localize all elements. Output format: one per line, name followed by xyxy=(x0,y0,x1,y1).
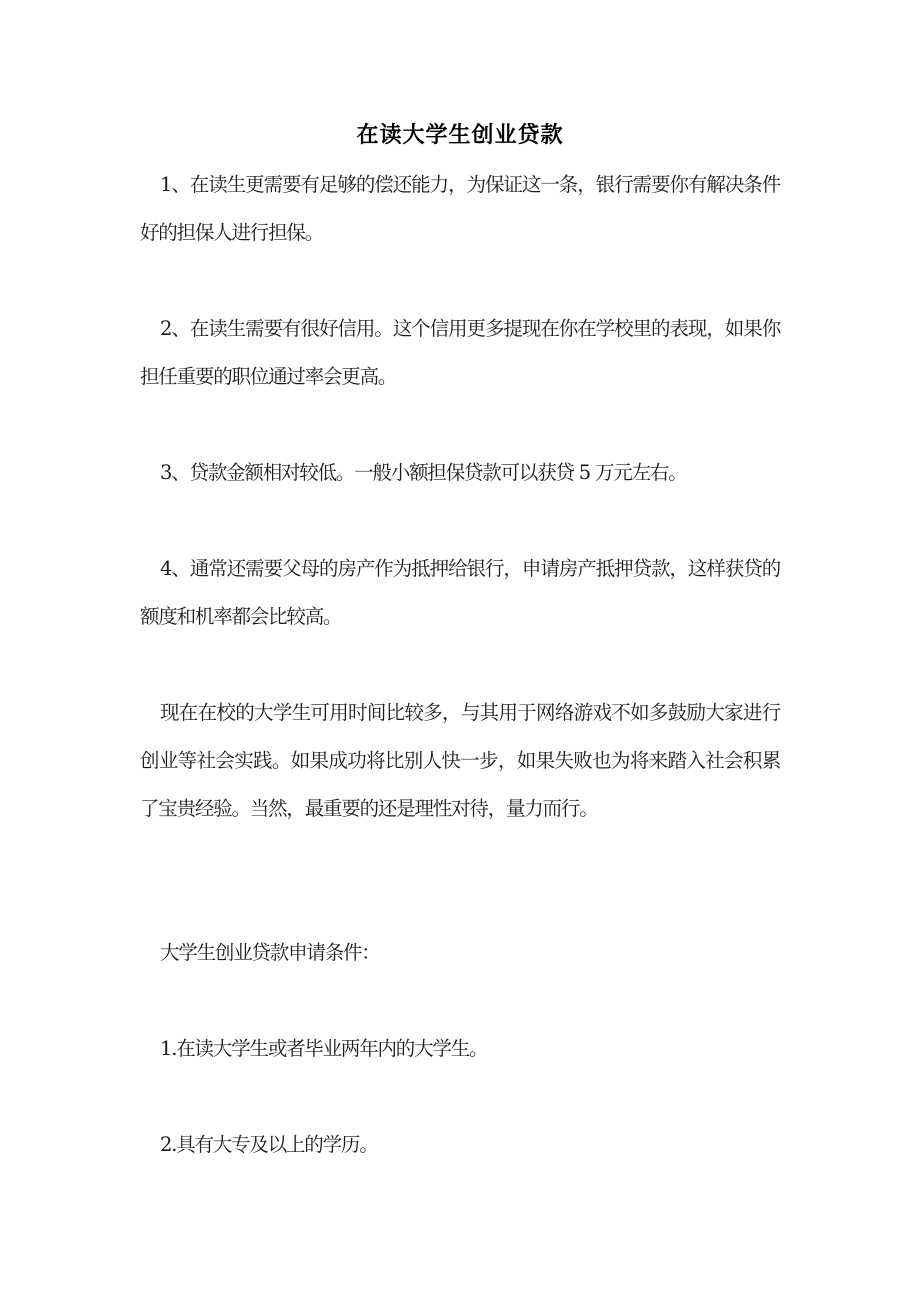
paragraph-mortgage: 4、通常还需要父母的房产作为抵押给银行，申请房产抵押贷款，这样获贷的额度和机率都… xyxy=(140,545,780,641)
paragraph-student-practice: 现在在校的大学生可用时间比较多，与其用于网络游戏不如多鼓励大家进行创业等社会实践… xyxy=(140,689,780,833)
paragraph-condition-2: 2.具有大专及以上的学历。 xyxy=(140,1121,780,1169)
document-title: 在读大学生创业贷款 xyxy=(140,118,780,154)
paragraph-repayment-ability: 1、在读生更需要有足够的偿还能力，为保证这一条，银行需要你有解决条件好的担保人进… xyxy=(140,161,780,257)
paragraph-conditions-heading: 大学生创业贷款申请条件： xyxy=(140,929,780,977)
paragraph-condition-1: 1.在读大学生或者毕业两年内的大学生。 xyxy=(140,1025,780,1073)
paragraph-loan-amount: 3、贷款金额相对较低。一般小额担保贷款可以获贷 5 万元左右。 xyxy=(140,449,780,497)
paragraph-credit: 2、在读生需要有很好信用。这个信用更多提现在你在学校里的表现，如果你担任重要的职… xyxy=(140,305,780,401)
